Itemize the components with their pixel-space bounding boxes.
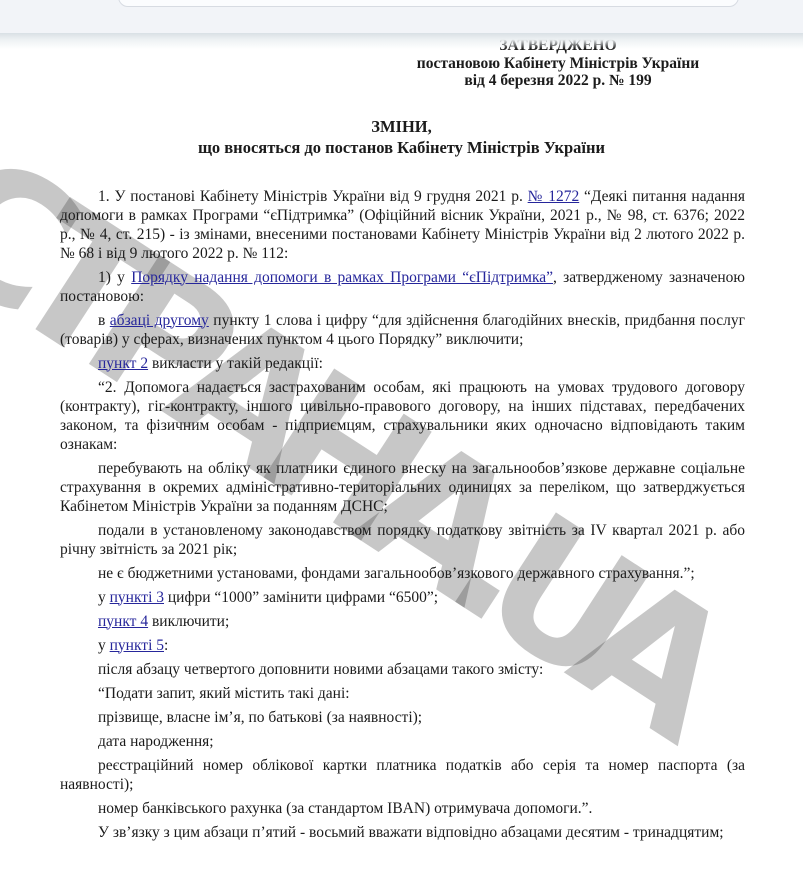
paragraph: пункт 2 викласти у такій редакції: — [60, 354, 745, 373]
paragraph-text: “Подати запит, який містить такі дані: — [98, 685, 350, 702]
paragraph-text: номер банківського рахунка (за стандарто… — [98, 800, 592, 817]
paragraph-text: цифри “1000” замінити цифрами “6500”; — [164, 589, 438, 606]
paragraph: У зв’язку з цим абзаци п’ятий - восьмий … — [60, 823, 745, 842]
paragraph-text: у — [98, 637, 110, 654]
paragraph: в абзаці другому пункту 1 слова і цифру … — [60, 311, 745, 349]
approval-line-resolution: постановою Кабінету Міністрів України — [408, 55, 708, 73]
paragraph-text: подали в установленому законодавством по… — [60, 522, 745, 558]
paragraph-text: : — [164, 637, 168, 654]
paragraph: у пункті 3 цифри “1000” замінити цифрами… — [60, 588, 745, 607]
paragraph-text: У зв’язку з цим абзаци п’ятий - восьмий … — [98, 824, 724, 841]
paragraph: подали в установленому законодавством по… — [60, 521, 745, 559]
paragraph: 1. У постанові Кабінету Міністрів Україн… — [60, 187, 745, 263]
document-link[interactable]: пункті 3 — [110, 589, 164, 606]
paragraph: пункт 4 виключити; — [60, 612, 745, 631]
document-link[interactable]: пункті 5 — [110, 637, 164, 654]
document-body: 1. У постанові Кабінету Міністрів Україн… — [60, 187, 745, 842]
approval-line-approved: ЗАТВЕРДЖЕНО — [408, 37, 708, 55]
screenshot-root: { "watermark": { "text": "СТРАНА.UA" }, … — [0, 0, 803, 871]
document-title: ЗМІНИ, що вносяться до постанов Кабінету… — [0, 116, 803, 158]
paragraph: “2. Допомога надається застрахованим осо… — [60, 378, 745, 454]
paragraph-text: не є бюджетними установами, фондами зага… — [98, 565, 695, 582]
paragraph-text: 1. У постанові Кабінету Міністрів Україн… — [98, 188, 528, 205]
address-bar[interactable] — [118, 0, 739, 7]
title-line: ЗМІНИ, — [0, 116, 803, 137]
paragraph-text: 1) у — [98, 269, 131, 286]
paragraph-text: дата народження; — [98, 733, 214, 750]
title-subtitle-line: що вносяться до постанов Кабінету Мініст… — [0, 137, 803, 158]
paragraph-text: у — [98, 589, 110, 606]
paragraph-text: прізвище, власне ім’я, по батькові (за н… — [98, 709, 422, 726]
document-link[interactable]: абзаці другому — [110, 312, 209, 329]
browser-toolbar — [0, 0, 803, 33]
document-link[interactable]: пункт 4 — [98, 613, 148, 630]
document-link[interactable]: Порядку надання допомоги в рамках Програ… — [131, 269, 553, 286]
approval-block: ЗАТВЕРДЖЕНО постановою Кабінету Міністрі… — [408, 37, 708, 90]
paragraph-text: реєстраційний номер облікової картки пла… — [60, 757, 745, 793]
paragraph: дата народження; — [60, 732, 745, 751]
paragraph: не є бюджетними установами, фондами зага… — [60, 564, 745, 583]
document-link[interactable]: № 1272 — [528, 188, 580, 205]
document-page: ЗАТВЕРДЖЕНО постановою Кабінету Міністрі… — [0, 37, 803, 842]
paragraph: “Подати запит, який містить такі дані: — [60, 684, 745, 703]
paragraph: перебувають на обліку як платники єдиног… — [60, 459, 745, 516]
paragraph: прізвище, власне ім’я, по батькові (за н… — [60, 708, 745, 727]
approval-line-date-number: від 4 березня 2022 р. № 199 — [408, 72, 708, 90]
paragraph-text: перебувають на обліку як платники єдиног… — [60, 460, 745, 515]
paragraph-text: викласти у такій редакції: — [148, 355, 323, 372]
document-link[interactable]: пункт 2 — [98, 355, 148, 372]
paragraph: 1) у Порядку надання допомоги в рамках П… — [60, 268, 745, 306]
paragraph-text: після абзацу четвертого доповнити новими… — [98, 661, 543, 678]
paragraph-text: в — [98, 312, 110, 329]
paragraph: реєстраційний номер облікової картки пла… — [60, 756, 745, 794]
paragraph: у пункті 5: — [60, 636, 745, 655]
paragraph-text: виключити; — [148, 613, 229, 630]
paragraph-text: “2. Допомога надається застрахованим осо… — [60, 379, 745, 453]
paragraph: після абзацу четвертого доповнити новими… — [60, 660, 745, 679]
paragraph: номер банківського рахунка (за стандарто… — [60, 799, 745, 818]
